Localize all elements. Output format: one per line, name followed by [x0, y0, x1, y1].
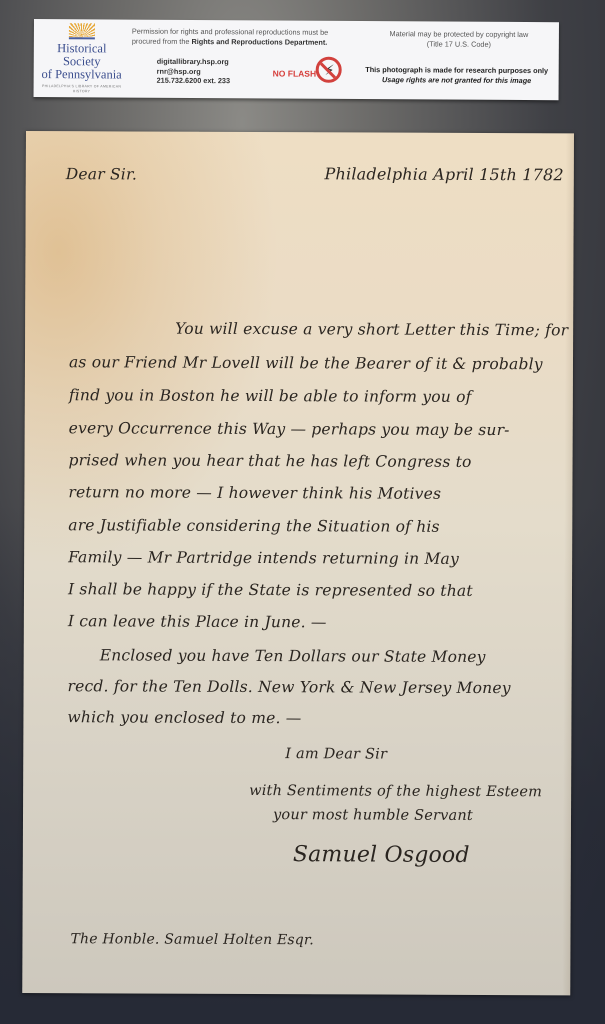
body-line: Enclosed you have Ten Dollars our State … [100, 646, 486, 666]
body-line: which you enclosed to me. — [67, 708, 301, 727]
no-flash-icon: ⚡︎ [316, 57, 342, 83]
body-line: I shall be happy if the State is represe… [68, 580, 473, 600]
dateline: Philadelphia April 15th 1782 [325, 164, 564, 184]
closing-line: your most humble Servant [273, 807, 473, 824]
usage-notice: Usage rights are not granted for this im… [352, 75, 562, 86]
body-line: as our Friend Mr Lovell will be the Bear… [69, 353, 543, 373]
salutation: Dear Sir. [66, 165, 137, 183]
sunrise-logo-icon [69, 23, 95, 39]
research-notice: This photograph is made for research pur… [352, 65, 562, 86]
body-line: I can leave this Place in June. — [68, 612, 327, 631]
website-link[interactable]: digitallibrary.hsp.org [157, 57, 231, 67]
no-flash-text: NO FLASH [273, 68, 317, 78]
closing-line: with Sentiments of the highest Esteem [249, 783, 542, 800]
copyright-notice: Material may be protected by copyright l… [369, 29, 549, 50]
body-line: find you in Boston he will be able to in… [69, 386, 472, 406]
copyright-label-strip: Historical Society of Pennsylvania PHILA… [34, 19, 559, 100]
org-name: Historical Society of Pennsylvania [38, 42, 126, 82]
body-line: Family — Mr Partridge intends returning … [68, 548, 459, 568]
org-tagline: PHILADELPHIA'S LIBRARY OF AMERICAN HISTO… [38, 84, 126, 95]
phone-number: 215.732.6200 ext. 233 [157, 76, 231, 86]
addressee: The Honble. Samuel Holten Esqr. [70, 931, 314, 948]
hsp-logo: Historical Society of Pennsylvania PHILA… [38, 23, 126, 95]
body-line: return no more — I however think his Mot… [68, 483, 441, 503]
signature: Samuel Osgood [293, 842, 470, 868]
contact-info: digitallibrary.hsp.org rnr@hsp.org 215.7… [157, 57, 231, 86]
body-line: are Justifiable considering the Situatio… [68, 516, 440, 536]
closing-line: I am Dear Sir [285, 746, 387, 762]
body-line: every Occurrence this Way — perhaps you … [69, 419, 510, 439]
body-line: recd. for the Ten Dolls. New York & New … [68, 677, 511, 697]
body-line: prised when you hear that he has left Co… [69, 451, 472, 471]
body-line: You will excuse a very short Letter this… [175, 320, 568, 340]
email-link[interactable]: rnr@hsp.org [157, 66, 231, 76]
manuscript-letter: Dear Sir. Philadelphia April 15th 1782 Y… [22, 131, 574, 995]
permission-notice: Permission for rights and professional r… [132, 27, 347, 48]
